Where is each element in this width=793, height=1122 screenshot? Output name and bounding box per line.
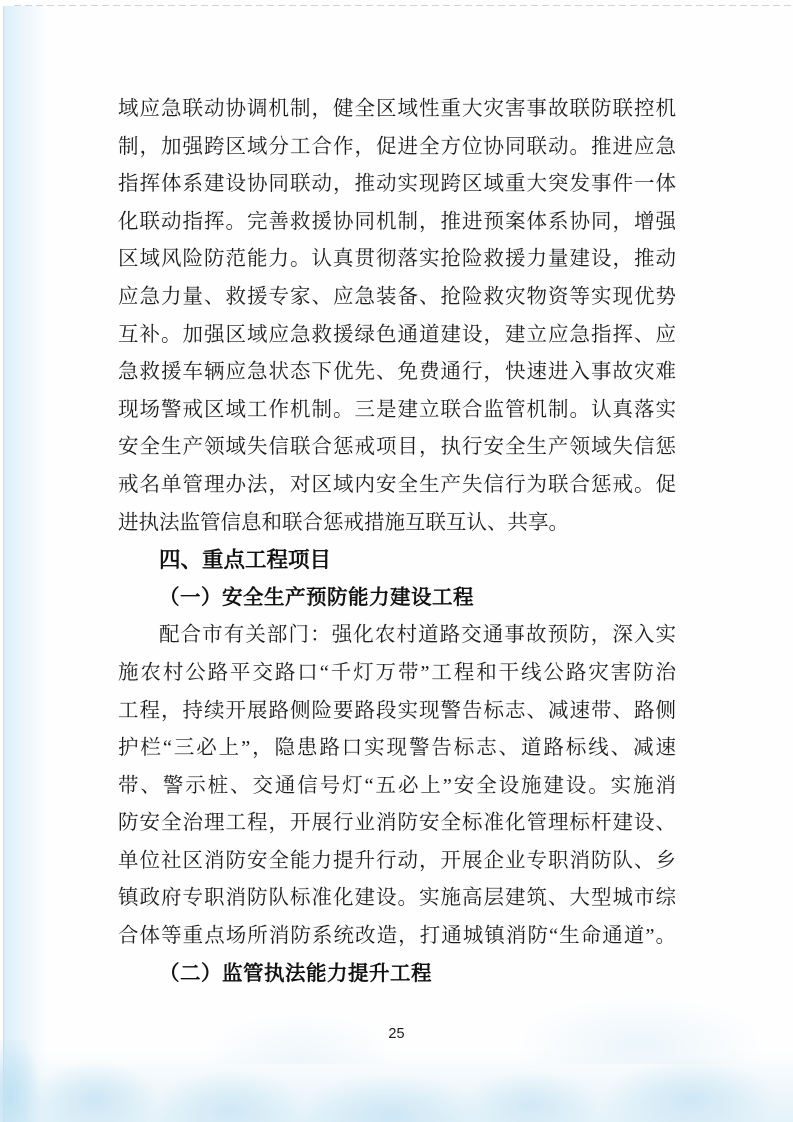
- text-line: 制，加强跨区域分工合作，促进全方位协同联动。推进应急: [118, 129, 676, 167]
- text-line: 单位社区消防安全能力提升行动，开展企业专职消防队、乡: [118, 843, 676, 881]
- text-line: 工程，持续开展路侧险要路段实现警告标志、减速带、路侧: [118, 693, 676, 731]
- text-line: 区域风险防范能力。认真贯彻落实抢险救援力量建设，推动: [118, 241, 676, 279]
- scan-noise-bottom: [0, 1040, 793, 1122]
- text-line: （一）安全生产预防能力建设工程: [118, 580, 676, 618]
- text-line: 配合市有关部门：强化农村道路交通事故预防，深入实: [118, 617, 676, 655]
- scan-edge-top: [14, 5, 791, 6]
- text-line: 镇政府专职消防队标准化建设。实施高层建筑、大型城市综: [118, 880, 676, 918]
- text-line: 施农村公路平交路口“千灯万带”工程和干线公路灾害防治: [118, 655, 676, 693]
- text-line: 安全生产领域失信联合惩戒项目，执行安全生产领域失信惩: [118, 429, 676, 467]
- text-line: 域应急联动协调机制，健全区域性重大灾害事故联防联控机: [118, 91, 676, 129]
- text-line: 戒名单管理办法，对区域内安全生产失信行为联合惩戒。促: [118, 467, 676, 505]
- text-line: 应急力量、救援专家、应急装备、抢险救灾物资等实现优势: [118, 279, 676, 317]
- text-line: 急救援车辆应急状态下优先、免费通行，快速进入事故灾难: [118, 354, 676, 392]
- document-page: 域应急联动协调机制，健全区域性重大灾害事故联防联控机制，加强跨区域分工合作，促进…: [0, 0, 793, 1122]
- text-line: 合体等重点场所消防系统改造，打通城镇消防“生命通道”。: [118, 918, 676, 956]
- page-number: 25: [0, 1026, 793, 1042]
- text-line: 现场警戒区域工作机制。三是建立联合监管机制。认真落实: [118, 392, 676, 430]
- text-line: 互补。加强区域应急救援绿色通道建设，建立应急指挥、应: [118, 317, 676, 355]
- text-line: （二）监管执法能力提升工程: [118, 956, 676, 994]
- text-line: 化联动指挥。完善救援协同机制，推进预案体系协同，增强: [118, 204, 676, 242]
- text-line: 四、重点工程项目: [118, 542, 676, 580]
- text-line: 护栏“三必上”，隐患路口实现警告标志、道路标线、减速: [118, 730, 676, 768]
- text-line: 指挥体系建设协同联动，推动实现跨区域重大突发事件一体: [118, 166, 676, 204]
- text-line: 防安全治理工程，开展行业消防安全标准化管理标杆建设、: [118, 805, 676, 843]
- text-line: 带、警示桩、交通信号灯“五必上”安全设施建设。实施消: [118, 768, 676, 806]
- text-line: 进执法监管信息和联合惩戒措施互联互认、共享。: [118, 505, 676, 543]
- document-text: 域应急联动协调机制，健全区域性重大灾害事故联防联控机制，加强跨区域分工合作，促进…: [118, 91, 676, 993]
